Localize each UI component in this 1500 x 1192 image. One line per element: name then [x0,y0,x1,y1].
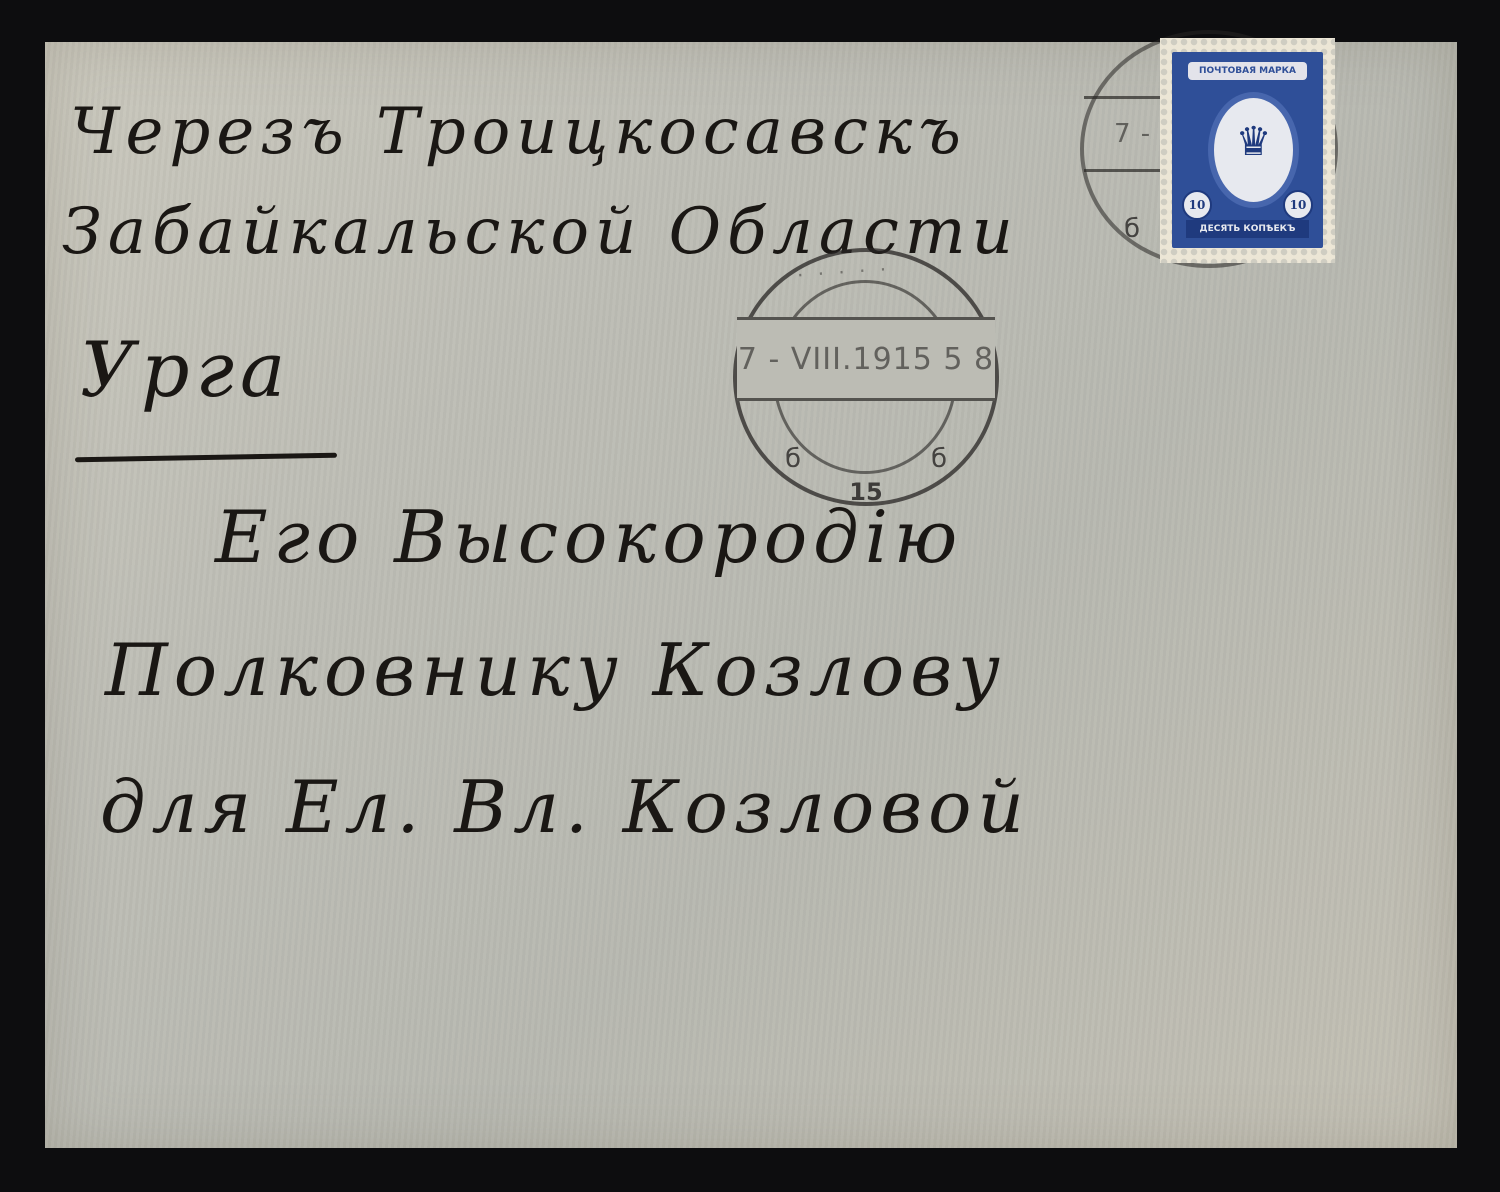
stamp-value-left: 10 [1182,190,1212,220]
postmark-letter-left: б [785,444,801,474]
postage-stamp: ПОЧТОВАЯ МАРКА ♛ 10 10 ДЕСЯТЬ КОПѢЕКЪ [1160,38,1335,263]
address-line-1: Черезъ Троицкосавскъ [70,95,967,169]
double-headed-eagle-icon: ♛ [1214,122,1293,162]
address-city: Урга [80,325,291,414]
postmark-number: 15 [737,478,995,506]
postmark-letter: б [1124,214,1140,244]
stamp-face: ПОЧТОВАЯ МАРКА ♛ 10 10 ДЕСЯТЬ КОПѢЕКЪ [1172,52,1323,248]
stamp-oval: ♛ [1208,92,1299,208]
stamp-banner: ПОЧТОВАЯ МАРКА [1188,62,1307,80]
postmark-date-band: 7 - VIII.1915 5 8 [737,317,995,401]
stamp-value-right: 10 [1283,190,1313,220]
postmark-letter-right: б [931,444,947,474]
postmark-main: · · · · · 7 - VIII.1915 5 8 б б 15 [733,248,999,506]
stamp-denomination: ДЕСЯТЬ КОПѢЕКЪ [1186,220,1309,238]
address-honorific: Его Высокородію [215,495,963,579]
address-recipient: Полковнику Козлову [105,628,1006,712]
address-care-of: для Ел. Вл. Козловой [100,765,1030,849]
